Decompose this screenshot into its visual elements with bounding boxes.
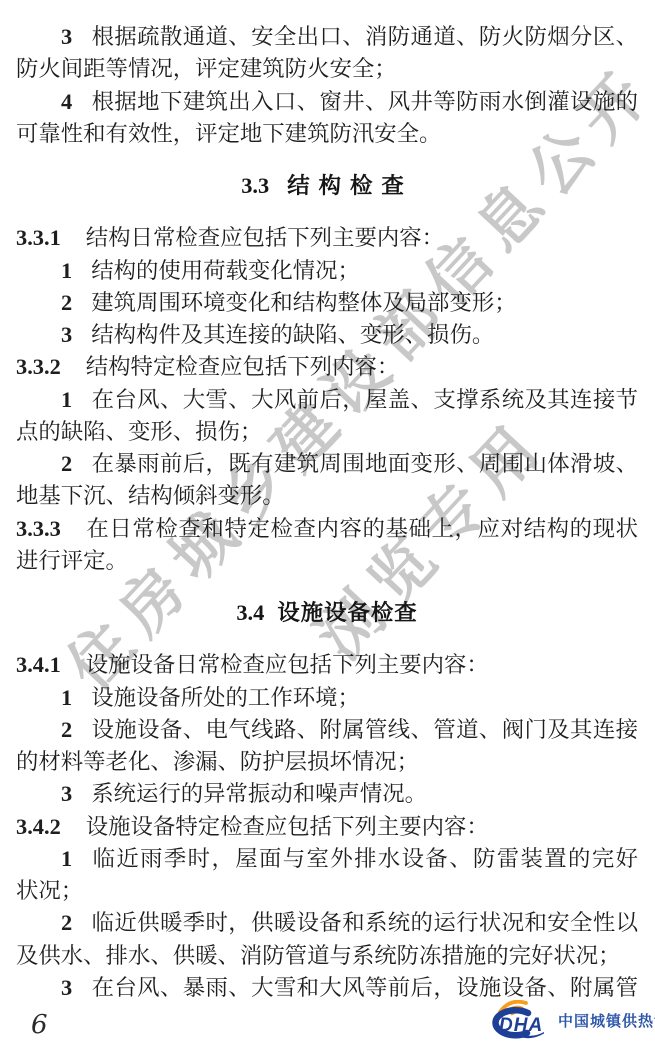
- item-number: 3: [61, 781, 72, 806]
- clause-number: 3.3.1: [16, 225, 61, 250]
- continuation-line: 进行评定。: [16, 545, 638, 577]
- continuation-line: 可靠性和有效性，评定地下建筑防汛安全。: [16, 118, 638, 150]
- section-heading: 3.3结构检查: [16, 170, 638, 202]
- line-text: 的材料等老化、渗漏、防护层损坏情况；: [16, 749, 419, 774]
- line-text: 防火间距等情况，评定建筑防火安全；: [16, 56, 397, 81]
- item-number: 1: [61, 846, 72, 871]
- item-line: 2建筑周围环境变化和结构整体及局部变形；: [16, 287, 638, 319]
- line-text: 在台风、大雪、大风前后，屋盖、支撑系统及其连接节: [91, 387, 638, 412]
- line-text: 根据疏散通道、安全出口、消防通道、防火防烟分区、: [91, 24, 638, 49]
- item-number: 2: [61, 451, 72, 476]
- item-line: 1结构的使用荷载变化情况；: [16, 255, 638, 287]
- line-text: 点的缺陷、变形、损伤；: [16, 419, 262, 444]
- clause-number: 3.4.1: [16, 652, 61, 677]
- item-line: 1在台风、大雪、大风前后，屋盖、支撑系统及其连接节: [16, 384, 638, 416]
- line-text: 结构日常检查应包括下列主要内容：: [86, 225, 444, 250]
- line-text: 结构特定检查应包括下列内容：: [86, 354, 399, 379]
- line-text: 设施设备所处的工作环境；: [91, 685, 360, 710]
- line-text: 系统运行的异常振动和噪声情况。: [91, 781, 427, 806]
- item-line: 3系统运行的异常振动和噪声情况。: [16, 778, 638, 810]
- clause-number: 3.3.2: [16, 354, 61, 379]
- line-text: 设施设备特定检查应包括下列主要内容：: [86, 814, 489, 839]
- continuation-line: 点的缺陷、变形、损伤；: [16, 416, 638, 448]
- line-text: 临近雨季时，屋面与室外排水设备、防雷装置的完好: [91, 846, 638, 871]
- line-text: 进行评定。: [16, 548, 128, 573]
- line-text: 在暴雨前后，既有建筑周围地面变形、周围山体滑坡、: [91, 451, 638, 476]
- line-text: 临近供暖季时，供暖设备和系统的运行状况和安全性以: [91, 910, 638, 935]
- item-line: 4根据地下建筑出入口、窗井、风井等防雨水倒灌设施的: [16, 86, 638, 118]
- section-number: 3.4: [236, 600, 264, 625]
- item-line: 2设施设备、电气线路、附属管线、管道、阀门及其连接: [16, 714, 638, 746]
- continuation-line: 及供水、排水、供暖、消防管道与系统防冻措施的完好状况；: [16, 940, 638, 972]
- item-number: 1: [61, 685, 72, 710]
- section-number: 3.3: [241, 173, 269, 198]
- item-number: 1: [61, 258, 72, 283]
- clause-line: 3.3.2结构特定检查应包括下列内容：: [16, 351, 638, 383]
- item-number: 3: [61, 975, 72, 1000]
- item-line: 3根据疏散通道、安全出口、消防通道、防火防烟分区、: [16, 21, 638, 53]
- item-number: 4: [61, 89, 72, 114]
- line-text: 在日常检查和特定检查内容的基础上，应对结构的现状: [86, 516, 638, 541]
- cdha-logo: DHA 中国城镇供热协会: [472, 1000, 655, 1040]
- page-number: 6: [31, 1010, 48, 1040]
- clause-line: 3.4.1设施设备日常检查应包括下列主要内容：: [16, 649, 638, 681]
- line-text: 结构的使用荷载变化情况；: [91, 258, 360, 283]
- logo-abbr: DHA: [499, 1015, 543, 1036]
- item-line: 1临近雨季时，屋面与室外排水设备、防雷装置的完好: [16, 843, 638, 875]
- line-text: 设施设备日常检查应包括下列主要内容：: [86, 652, 489, 677]
- item-number: 2: [61, 290, 72, 315]
- section-title: 结构检查: [287, 173, 413, 198]
- section-heading: 3.4设施设备检查: [16, 597, 638, 629]
- continuation-line: 状况；: [16, 875, 638, 907]
- association-name: 中国城镇供热协会: [558, 1010, 655, 1031]
- continuation-line: 地基下沉、结构倾斜变形。: [16, 480, 638, 512]
- continuation-line: 防火间距等情况，评定建筑防火安全；: [16, 53, 638, 85]
- item-number: 3: [61, 322, 72, 347]
- item-line: 2在暴雨前后，既有建筑周围地面变形、周围山体滑坡、: [16, 448, 638, 480]
- document-body: 3根据疏散通道、安全出口、消防通道、防火防烟分区、防火间距等情况，评定建筑防火安…: [16, 21, 638, 1004]
- cdha-logo-mark: DHA: [472, 1000, 552, 1040]
- continuation-line: 的材料等老化、渗漏、防护层损坏情况；: [16, 746, 638, 778]
- clause-line: 3.4.2设施设备特定检查应包括下列主要内容：: [16, 811, 638, 843]
- item-line: 3结构构件及其连接的缺陷、变形、损伤。: [16, 319, 638, 351]
- item-line: 2临近供暖季时，供暖设备和系统的运行状况和安全性以: [16, 907, 638, 939]
- line-text: 状况；: [16, 878, 83, 903]
- line-text: 设施设备、电气线路、附属管线、管道、阀门及其连接: [91, 717, 638, 742]
- line-text: 及供水、排水、供暖、消防管道与系统防冻措施的完好状况；: [16, 943, 621, 968]
- line-text: 在台风、暴雨、大雪和大风等前后，设施设备、附属管: [91, 975, 638, 1000]
- line-text: 结构构件及其连接的缺陷、变形、损伤。: [91, 322, 494, 347]
- clause-number: 3.4.2: [16, 814, 61, 839]
- line-text: 根据地下建筑出入口、窗井、风井等防雨水倒灌设施的: [91, 89, 638, 114]
- clause-number: 3.3.3: [16, 516, 61, 541]
- item-number: 1: [61, 387, 72, 412]
- clause-line: 3.3.1结构日常检查应包括下列主要内容：: [16, 222, 638, 254]
- item-number: 2: [61, 910, 72, 935]
- line-text: 建筑周围环境变化和结构整体及局部变形；: [91, 290, 516, 315]
- item-number: 3: [61, 24, 72, 49]
- section-title: 设施设备检查: [277, 600, 417, 625]
- line-text: 可靠性和有效性，评定地下建筑防汛安全。: [16, 121, 441, 146]
- item-number: 2: [61, 717, 72, 742]
- item-line: 1设施设备所处的工作环境；: [16, 682, 638, 714]
- clause-line: 3.3.3在日常检查和特定检查内容的基础上，应对结构的现状: [16, 513, 638, 545]
- line-text: 地基下沉、结构倾斜变形。: [16, 483, 285, 508]
